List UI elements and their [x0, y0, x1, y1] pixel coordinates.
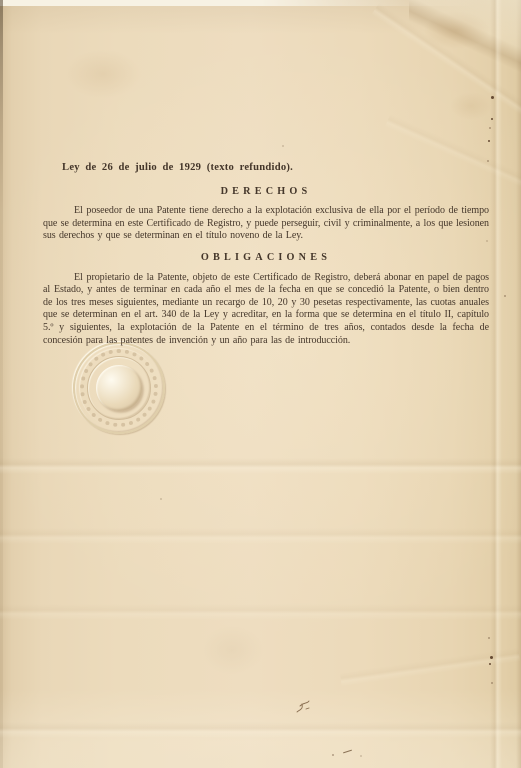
paper-crease	[0, 458, 521, 474]
ink-speck	[491, 682, 493, 684]
obligaciones-paragraph: El propietario de la Patente, objeto de …	[43, 272, 489, 348]
ink-speck	[489, 663, 491, 665]
ink-speck	[160, 498, 162, 500]
pencil-dot	[360, 755, 362, 757]
ink-speck	[491, 118, 493, 120]
pencil-scribble	[294, 697, 314, 716]
scan-right-edge-shadow	[516, 0, 521, 768]
ink-speck	[490, 656, 493, 659]
paper-crease	[0, 528, 521, 544]
patent-document-page: Ley de 26 de julio de 1929 (texto refund…	[0, 0, 521, 768]
scan-left-edge-shadow	[0, 0, 3, 768]
derechos-paragraph: El poseedor de una Patente tiene derecho…	[43, 205, 489, 243]
paper-crease	[0, 604, 521, 620]
printed-text-block: Ley de 26 de julio de 1929 (texto refund…	[43, 162, 489, 356]
ink-speck	[282, 145, 284, 147]
pencil-dot	[332, 754, 334, 756]
ink-speck	[504, 295, 506, 297]
top-right-corner-fold	[409, 0, 521, 74]
section-heading-obligaciones: OBLIGACIONES	[43, 252, 489, 265]
ink-speck	[488, 140, 490, 142]
paper-crease	[490, 0, 502, 768]
paper-crease	[0, 722, 521, 738]
ink-speck	[491, 96, 494, 99]
pencil-dash	[343, 750, 352, 754]
section-heading-derechos: DERECHOS	[43, 186, 489, 199]
ink-speck	[488, 637, 490, 639]
paper-crease	[340, 648, 520, 687]
ink-speck	[489, 127, 491, 129]
law-heading: Ley de 26 de julio de 1929 (texto refund…	[43, 162, 489, 175]
